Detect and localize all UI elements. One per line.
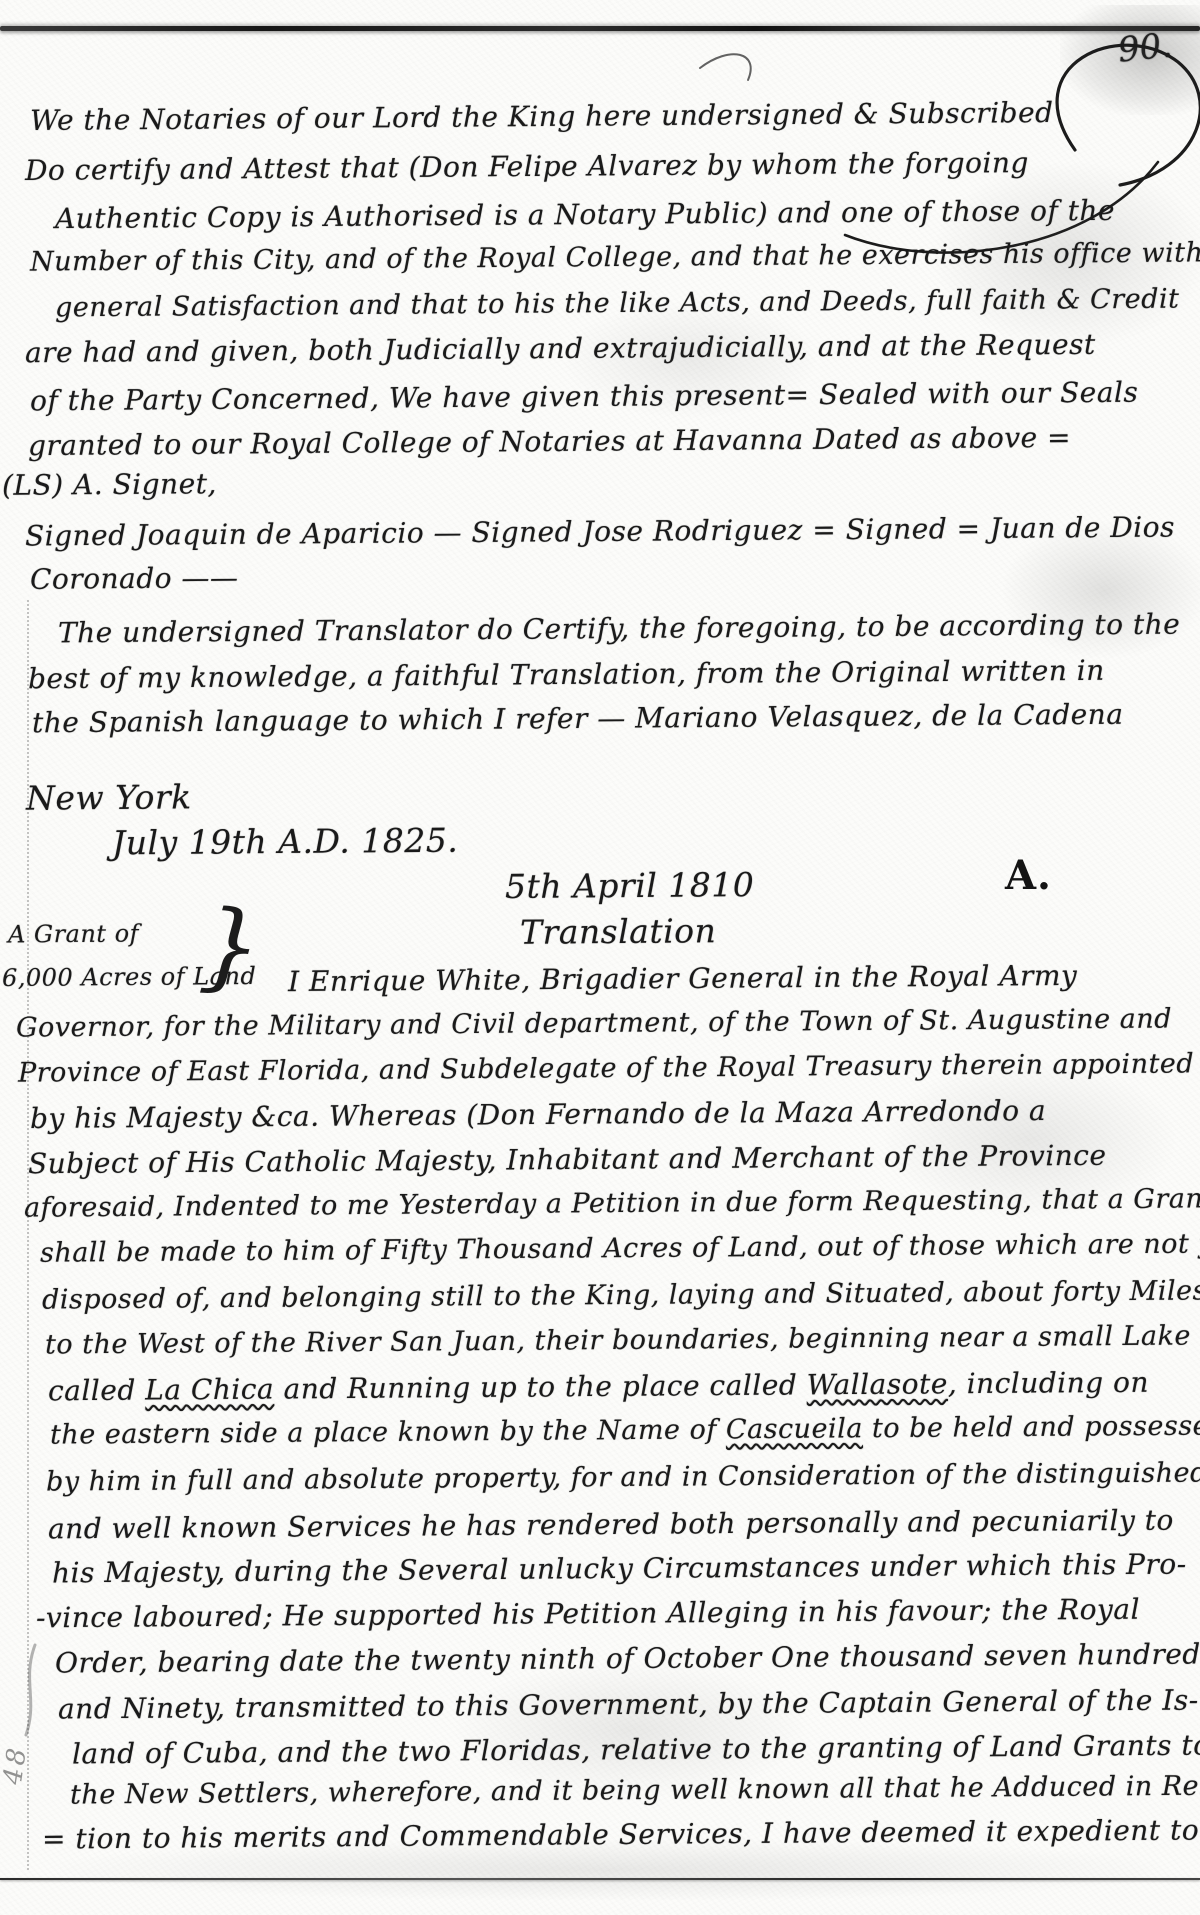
text-line: shall be made to him of Fifty Thousand A… [40, 1228, 1200, 1268]
text-line: are had and given, both Judicially and e… [25, 328, 1096, 369]
text-line: aforesaid, Indented to me Yesterday a Pe… [24, 1183, 1200, 1223]
text-line: Governor, for the Military and Civil dep… [16, 1003, 1172, 1043]
text-line: Province of East Florida, and Subdelegat… [18, 1048, 1194, 1088]
place-name-cascueila: Cascueila [726, 1413, 863, 1445]
text-line: called La Chica and Running up to the pl… [48, 1366, 1149, 1408]
scan-edge-artifact [0, 26, 1200, 31]
text-line: We the Notaries of our Lord the King her… [30, 96, 1054, 137]
text-line: Do certify and Attest that (Don Felipe A… [25, 146, 1029, 187]
text-line: the Spanish language to which I refer — … [32, 698, 1124, 740]
text-line: I Enrique White, Brigadier General in th… [288, 959, 1078, 998]
text-line: to the West of the River San Juan, their… [45, 1321, 1191, 1361]
margin-mark: 48 [0, 1744, 33, 1787]
text-line: -vince laboured; He supported his Petiti… [36, 1593, 1140, 1635]
place-line: New York [26, 777, 192, 817]
text-line: of the Party Concerned, We have given th… [30, 376, 1139, 418]
scan-edge-artifact [0, 1878, 1200, 1880]
text-line: Order, bearing date the twenty ninth of … [55, 1638, 1200, 1680]
text-line: Authentic Copy is Authorised is a Notary… [55, 194, 1115, 235]
page-number: 90. [1116, 25, 1174, 70]
exhibit-letter: A. [1005, 852, 1052, 899]
text-segment: to be held and possessed [863, 1410, 1200, 1444]
text-line: The undersigned Translator do Certify, t… [58, 608, 1180, 650]
text-line: disposed of, and belonging still to the … [42, 1275, 1200, 1315]
text-segment: and Running up to the place called [274, 1368, 807, 1405]
heading-date: 5th April 1810 [505, 865, 755, 906]
translation-title: Translation [520, 911, 717, 952]
signature-line: Signed Joaquin de Aparicio — Signed Jose… [25, 510, 1175, 552]
text-line: by his Majesty &ca. Whereas (Don Fernand… [30, 1094, 1046, 1135]
text-segment: called [48, 1374, 145, 1408]
text-line: the New Settlers, wherefore, and it bein… [70, 1770, 1200, 1810]
text-line: by him in full and absolute property, fo… [46, 1457, 1200, 1497]
text-line: = tion to his merits and Commendable Ser… [42, 1813, 1199, 1855]
text-segment: the eastern side a place known by the Na… [50, 1414, 726, 1450]
place-name-wallasote: Wallasote [807, 1367, 948, 1401]
text-line: best of my knowledge, a faithful Transla… [28, 654, 1105, 695]
signature-line: Coronado —— [30, 561, 239, 596]
text-line: land of Cuba, and the two Floridas, rela… [72, 1729, 1200, 1771]
text-line: Number of this City, and of the Royal Co… [30, 237, 1200, 277]
text-line: granted to our Royal College of Notaries… [28, 421, 1071, 462]
document-page: 90. 48 We the Notaries of our Lord the K… [0, 0, 1200, 1915]
text-line: his Majesty, during the Several unlucky … [52, 1548, 1187, 1590]
text-line: general Satisfaction and that to his the… [55, 284, 1180, 324]
signet-line: (LS) A. Signet, [2, 467, 217, 502]
text-line: and well known Services he has rendered … [48, 1504, 1174, 1546]
text-line: the eastern side a place known by the Na… [50, 1410, 1200, 1450]
text-segment: , including on [948, 1366, 1149, 1401]
margin-note: A Grant of [8, 919, 139, 948]
place-name-la-chica: La Chica [145, 1373, 274, 1407]
text-line: Subject of His Catholic Majesty, Inhabit… [28, 1139, 1107, 1180]
margin-brace: } [196, 888, 265, 1004]
date-line: July 19th A.D. 1825. [112, 821, 459, 863]
text-line: and Ninety, transmitted to this Governme… [58, 1684, 1199, 1726]
